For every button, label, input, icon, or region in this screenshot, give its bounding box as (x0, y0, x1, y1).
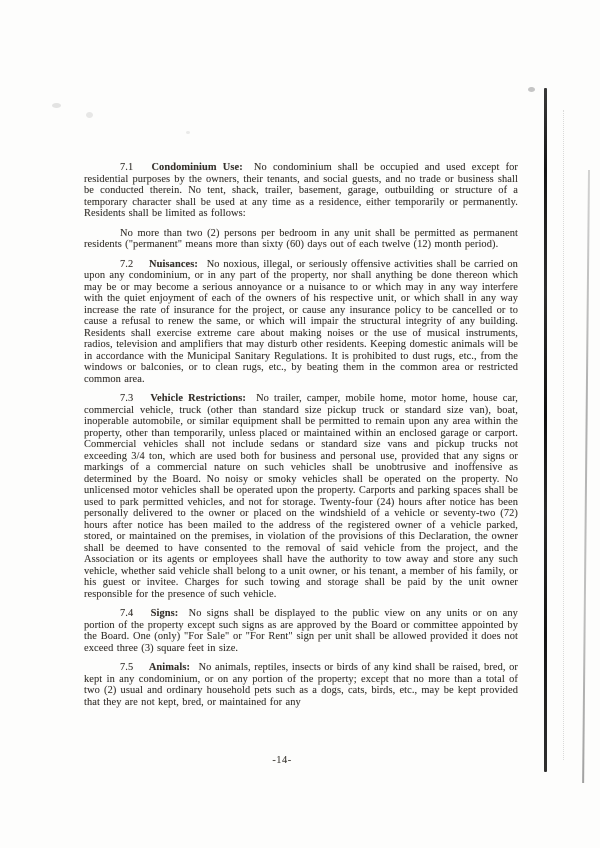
section-heading: Nuisances: (149, 259, 203, 270)
text-block: 7.1 Condominium Use: No condominium shal… (84, 162, 518, 708)
document-page: 7.1 Condominium Use: No condominium shal… (0, 0, 600, 848)
scan-speck (86, 112, 93, 118)
section-heading: Condominium Use: (151, 162, 247, 173)
section-body: No trailer, camper, mobile home, motor h… (84, 393, 518, 600)
section-7-4: 7.4 Signs: No signs shall be displayed t… (84, 608, 518, 654)
paragraph-text: No more than two (2) persons per bedroom… (84, 228, 518, 251)
section-number: 7.4 (120, 608, 145, 619)
scan-artifact-gray-line (582, 170, 590, 783)
section-body: No condominium shall be occupied and use… (84, 162, 518, 219)
section-heading: Vehicle Restrictions: (150, 393, 251, 404)
section-number: 7.3 (120, 393, 145, 404)
scan-speck (528, 87, 535, 92)
page-number: -14- (84, 755, 480, 766)
section-number: 7.1 (120, 162, 145, 173)
section-7-3: 7.3 Vehicle Restrictions: No trailer, ca… (84, 393, 518, 600)
scan-speck (186, 131, 190, 134)
section-body: No signs shall be displayed to the publi… (84, 608, 518, 654)
scan-artifact-dotted-line (563, 110, 564, 760)
section-heading: Signs: (151, 608, 184, 619)
scan-speck (52, 103, 61, 108)
section-7-2: 7.2 Nuisances: No noxious, illegal, or s… (84, 259, 518, 386)
section-7-5: 7.5 Animals: No animals, reptiles, insec… (84, 662, 518, 708)
section-number: 7.2 (120, 259, 145, 270)
section-number: 7.5 (120, 662, 145, 673)
section-7-1: 7.1 Condominium Use: No condominium shal… (84, 162, 518, 220)
section-7-1-continuation: No more than two (2) persons per bedroom… (84, 228, 518, 251)
scan-artifact-dark-line (544, 88, 547, 772)
section-body: No noxious, illegal, or seriously offens… (84, 259, 518, 385)
section-heading: Animals: (149, 662, 195, 673)
